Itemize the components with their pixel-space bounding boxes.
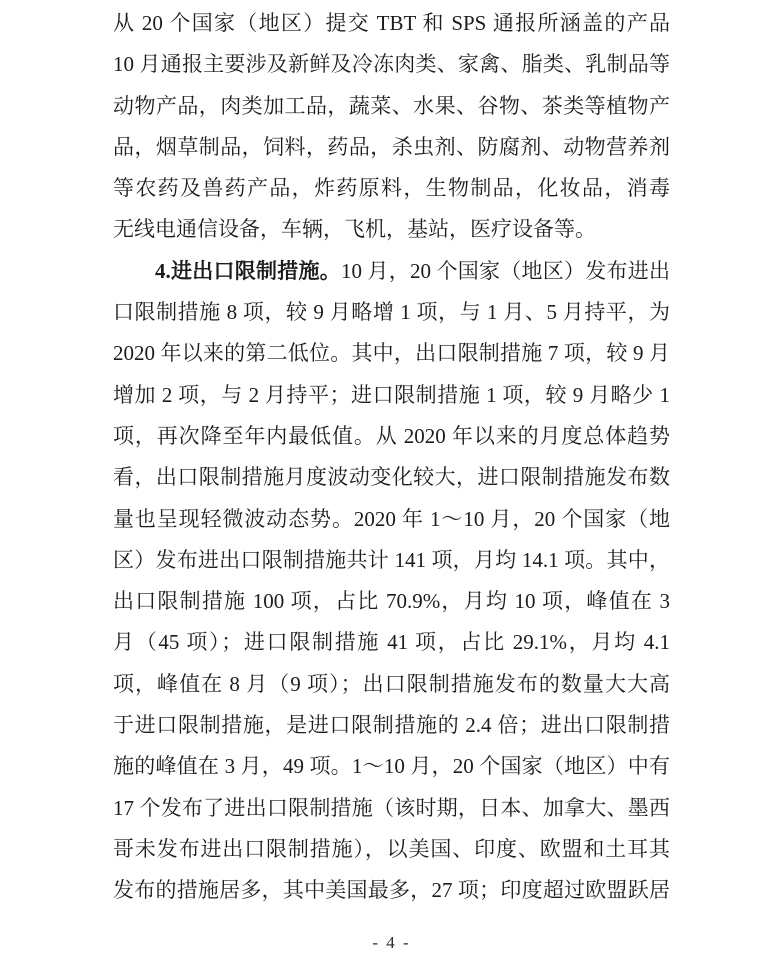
text-line: 月（45 项）；进口限制措施 41 项，占比 29.1%，月均 4.1 <box>113 622 670 663</box>
text-line: 项，再次降至年内最低值。从 2020 年以来的月度总体趋势 <box>113 416 670 457</box>
line-text: 2020 年以来的第二低位。其中，出口限制措施 7 项，较 9 月 <box>113 341 670 365</box>
line-text: 等农药及兽药产品，炸药原料，生物制品，化妆品，消毒剂， <box>113 176 670 209</box>
line-text: 出口限制措施 100 项，占比 70.9%，月均 10 项，峰值在 3 <box>113 589 670 613</box>
line-text: 口限制措施 8 项，较 9 月略增 1 项，与 1 月、5 月持平，为 <box>113 300 670 324</box>
text-line: 区）发布进出口限制措施共计 141 项，月均 14.1 项。其中， <box>113 540 670 581</box>
line-text: 看，出口限制措施月度波动变化较大，进口限制措施发布数 <box>113 465 670 489</box>
line-text: 发布的措施居多，其中美国最多，27 项；印度超过欧盟跃居 <box>113 878 670 902</box>
line-text: 哥未发布进出口限制措施），以美国、印度、欧盟和土耳其 <box>113 837 670 861</box>
text-line: 4.进出口限制措施。10 月，20 个国家（地区）发布进出 <box>113 251 670 292</box>
text-line: 17 个发布了进出口限制措施（该时期，日本、加拿大、墨西 <box>113 788 670 829</box>
text-line: 10 月通报主要涉及新鲜及冷冻肉类、家禽、脂类、乳制品等 <box>113 44 670 85</box>
line-text: 月（45 项）；进口限制措施 41 项，占比 29.1%，月均 4.1 <box>113 630 670 654</box>
text-line: 动物产品，肉类加工品，蔬菜、水果、谷物、茶类等植物产 <box>113 86 670 127</box>
line-text: 于进口限制措施，是进口限制措施的 2.4 倍；进出口限制措 <box>113 713 670 737</box>
text-line: 从 20 个国家（地区）提交 TBT 和 SPS 通报所涵盖的产品看， <box>113 3 670 44</box>
text-line: 等农药及兽药产品，炸药原料，生物制品，化妆品，消毒剂， <box>113 168 670 209</box>
line-text: 10 月通报主要涉及新鲜及冷冻肉类、家禽、脂类、乳制品等 <box>113 52 670 76</box>
line-text: 动物产品，肉类加工品，蔬菜、水果、谷物、茶类等植物产 <box>113 94 670 118</box>
line-text: 量也呈现轻微波动态势。2020 年 1～10 月，20 个国家（地 <box>113 507 670 531</box>
text-line: 2020 年以来的第二低位。其中，出口限制措施 7 项，较 9 月 <box>113 333 670 374</box>
line-text: 增加 2 项，与 2 月持平；进口限制措施 1 项，较 9 月略少 1 <box>113 383 670 407</box>
text-line: 增加 2 项，与 2 月持平；进口限制措施 1 项，较 9 月略少 1 <box>113 375 670 416</box>
section-heading-bold: 4.进出口限制措施。 <box>155 259 341 283</box>
text-line: 于进口限制措施，是进口限制措施的 2.4 倍；进出口限制措 <box>113 705 670 746</box>
text-line: 项，峰值在 8 月（9 项）；出口限制措施发布的数量大大高 <box>113 664 670 705</box>
text-line: 哥未发布进出口限制措施），以美国、印度、欧盟和土耳其 <box>113 829 670 870</box>
line-text: 10 月，20 个国家（地区）发布进出 <box>341 259 670 283</box>
text-line: 出口限制措施 100 项，占比 70.9%，月均 10 项，峰值在 3 <box>113 581 670 622</box>
text-line: 发布的措施居多，其中美国最多，27 项；印度超过欧盟跃居 <box>113 870 670 911</box>
line-text: 项，再次降至年内最低值。从 2020 年以来的月度总体趋势 <box>113 424 670 448</box>
document-body: 从 20 个国家（地区）提交 TBT 和 SPS 通报所涵盖的产品看，10 月通… <box>113 3 670 912</box>
line-text: 项，峰值在 8 月（9 项）；出口限制措施发布的数量大大高 <box>113 672 670 696</box>
line-text: 品，烟草制品，饲料，药品，杀虫剂、防腐剂、动物营养剂 <box>113 135 670 159</box>
line-text: 无线电通信设备，车辆，飞机，基站，医疗设备等。 <box>113 217 596 241</box>
text-line: 施的峰值在 3 月，49 项。1～10 月，20 个国家（地区）中有 <box>113 746 670 787</box>
line-text: 17 个发布了进出口限制措施（该时期，日本、加拿大、墨西 <box>113 796 670 820</box>
text-line: 量也呈现轻微波动态势。2020 年 1～10 月，20 个国家（地 <box>113 499 670 540</box>
text-line: 口限制措施 8 项，较 9 月略增 1 项，与 1 月、5 月持平，为 <box>113 292 670 333</box>
text-line: 无线电通信设备，车辆，飞机，基站，医疗设备等。 <box>113 209 670 250</box>
line-text: 区）发布进出口限制措施共计 141 项，月均 14.1 项。其中， <box>113 548 670 572</box>
text-line: 品，烟草制品，饲料，药品，杀虫剂、防腐剂、动物营养剂 <box>113 127 670 168</box>
document-page: 从 20 个国家（地区）提交 TBT 和 SPS 通报所涵盖的产品看，10 月通… <box>0 0 783 974</box>
text-line: 看，出口限制措施月度波动变化较大，进口限制措施发布数 <box>113 457 670 498</box>
line-text: 从 20 个国家（地区）提交 TBT 和 SPS 通报所涵盖的产品看， <box>113 11 670 44</box>
page-number: - 4 - <box>372 933 410 952</box>
line-text: 施的峰值在 3 月，49 项。1～10 月，20 个国家（地区）中有 <box>113 754 670 778</box>
page-footer: - 4 - <box>0 933 783 953</box>
